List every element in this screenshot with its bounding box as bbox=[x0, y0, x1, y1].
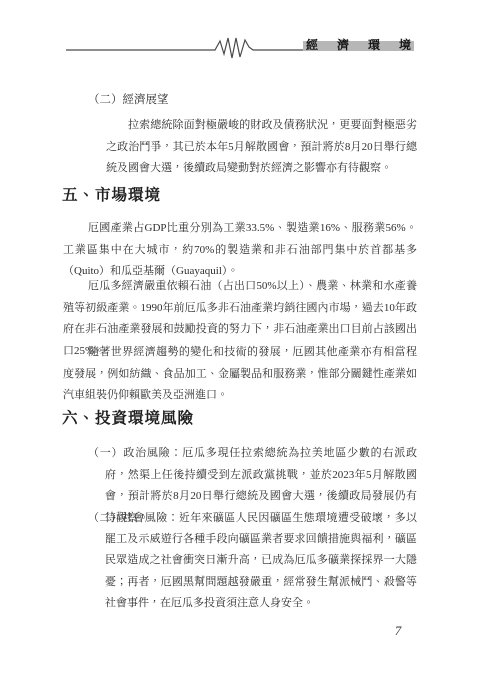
header-title-char: 環 bbox=[368, 39, 380, 51]
market-paragraph-1: 厄國產業占GDP比重分別為工業33.5%、製造業16%、服務業56%。工業區集中… bbox=[63, 218, 417, 283]
page-number: 7 bbox=[378, 623, 418, 639]
risk-item-social: （二）社會風險：近年來礦區人民因礦區生態環境遭受破壞，多以罷工及示威遊行各種手段… bbox=[63, 508, 417, 614]
market-paragraph-3: 隨著世界經濟趨勢的變化和技術的發展，厄國其他產業亦有相當程度發展，例如紡織、食品… bbox=[63, 342, 417, 407]
header-title: 經 濟 環 境 bbox=[303, 37, 414, 53]
header-title-char: 濟 bbox=[337, 39, 349, 51]
document-page: 經 濟 環 境 （二）經濟展望 拉索總統除面對極嚴峻的財政及債務狀況，更要面對極… bbox=[0, 0, 480, 679]
section-heading-market-environment: 五、市場環境 bbox=[62, 187, 161, 205]
header-title-char: 經 bbox=[306, 39, 318, 51]
header-title-char: 境 bbox=[399, 39, 411, 51]
subsection-label-economic-outlook: （二）經濟展望 bbox=[88, 93, 169, 108]
subsection-body-economic-outlook: 拉索總統除面對極嚴峻的財政及債務狀況，更要面對極惡劣之政治鬥爭，其已於本年5月解… bbox=[63, 115, 417, 180]
risk-item-text: 社會風險：近年來礦區人民因礦區生態環境遭受破壞，多以罷工及示威遊行各種手段向礦區… bbox=[105, 512, 417, 609]
section-heading-investment-risk: 六、投資環境風險 bbox=[62, 410, 194, 428]
risk-item-label: （一） bbox=[88, 447, 123, 459]
risk-item-label: （二） bbox=[88, 512, 122, 524]
